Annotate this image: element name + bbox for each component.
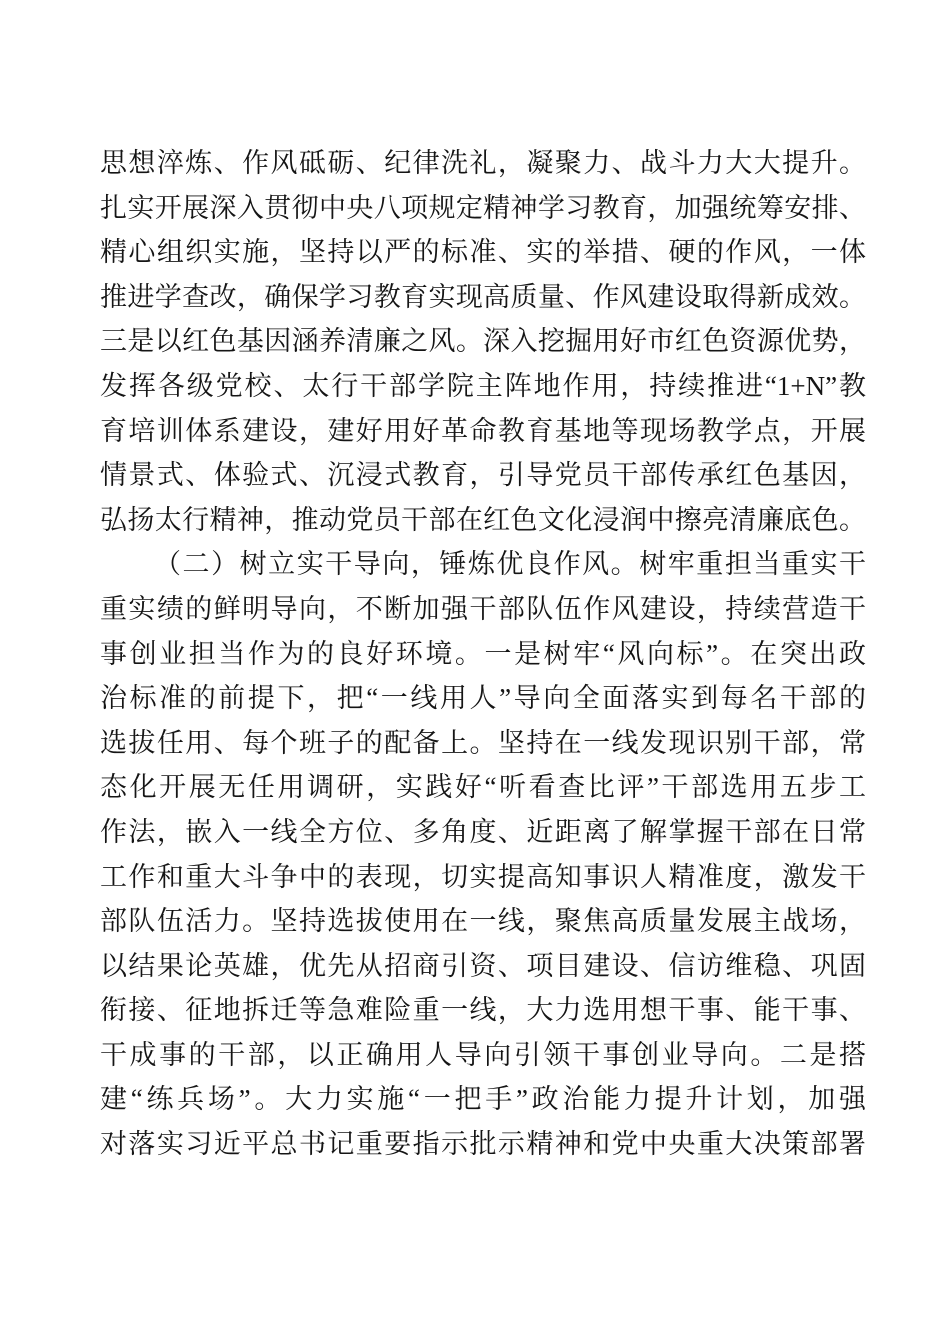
text-line: 选拔任用、每个班子的配备上。坚持在一线发现识别干部，常 (100, 721, 866, 766)
text-line: 衔接、征地拆迁等急难险重一线，大力选用想干事、能干事、 (100, 988, 866, 1033)
document-body: 思想淬炼、作风砥砺、纪律洗礼，凝聚力、战斗力大大提升。扎实开展深入贯彻中央八项规… (100, 141, 866, 1167)
text-line: （二）树立实干导向，锤炼优良作风。树牢重担当重实干 (100, 542, 866, 587)
text-line: 工作和重大斗争中的表现，切实提高知事识人精准度，激发干 (100, 855, 866, 900)
paragraph: （二）树立实干导向，锤炼优良作风。树牢重担当重实干重实绩的鲜明导向，不断加强干部… (100, 542, 866, 1166)
paragraph: 思想淬炼、作风砥砺、纪律洗礼，凝聚力、战斗力大大提升。扎实开展深入贯彻中央八项规… (100, 141, 866, 542)
text-run: 树牢重担当重实干 (639, 549, 866, 579)
text-line: 事创业担当作为的良好环境。一是树牢“风向标”。在突出政 (100, 632, 866, 677)
text-line: 干成事的干部，以正确用人导向引领干事创业导向。二是搭 (100, 1033, 866, 1078)
text-line: 发挥各级党校、太行干部学院主阵地作用，持续推进“1+N”教 (100, 364, 866, 409)
text-line: 治标准的前提下，把“一线用人”导向全面落实到每名干部的 (100, 676, 866, 721)
text-line: 育培训体系建设，建好用好革命教育基地等现场教学点，开展 (100, 409, 866, 454)
section-heading: （二）树立实干导向，锤炼优良作风。 (154, 549, 639, 579)
text-line: 精心组织实施，坚持以严的标准、实的举措、硬的作风，一体 (100, 230, 866, 275)
text-line: 作法，嵌入一线全方位、多角度、近距离了解掌握干部在日常 (100, 810, 866, 855)
text-line: 建“练兵场”。大力实施“一把手”政治能力提升计划，加强 (100, 1077, 866, 1122)
text-line: 情景式、体验式、沉浸式教育，引导党员干部传承红色基因， (100, 453, 866, 498)
text-line: 三是以红色基因涵养清廉之风。深入挖掘用好市红色资源优势， (100, 319, 866, 364)
text-line: 对落实习近平总书记重要指示批示精神和党中央重大决策部署 (100, 1122, 866, 1167)
text-line: 推进学查改，确保学习教育实现高质量、作风建设取得新成效。 (100, 275, 866, 320)
text-line: 以结果论英雄，优先从招商引资、项目建设、信访维稳、巩固 (100, 944, 866, 989)
text-line: 态化开展无任用调研，实践好“听看查比评”干部选用五步工 (100, 765, 866, 810)
text-line: 扎实开展深入贯彻中央八项规定精神学习教育，加强统筹安排、 (100, 186, 866, 231)
document-page: 思想淬炼、作风砥砺、纪律洗礼，凝聚力、战斗力大大提升。扎实开展深入贯彻中央八项规… (0, 0, 950, 1344)
text-line: 重实绩的鲜明导向，不断加强干部队伍作风建设，持续营造干 (100, 587, 866, 632)
text-line: 部队伍活力。坚持选拔使用在一线，聚焦高质量发展主战场， (100, 899, 866, 944)
text-line: 弘扬太行精神，推动党员干部在红色文化浸润中擦亮清廉底色。 (100, 498, 866, 543)
text-line: 思想淬炼、作风砥砺、纪律洗礼，凝聚力、战斗力大大提升。 (100, 141, 866, 186)
